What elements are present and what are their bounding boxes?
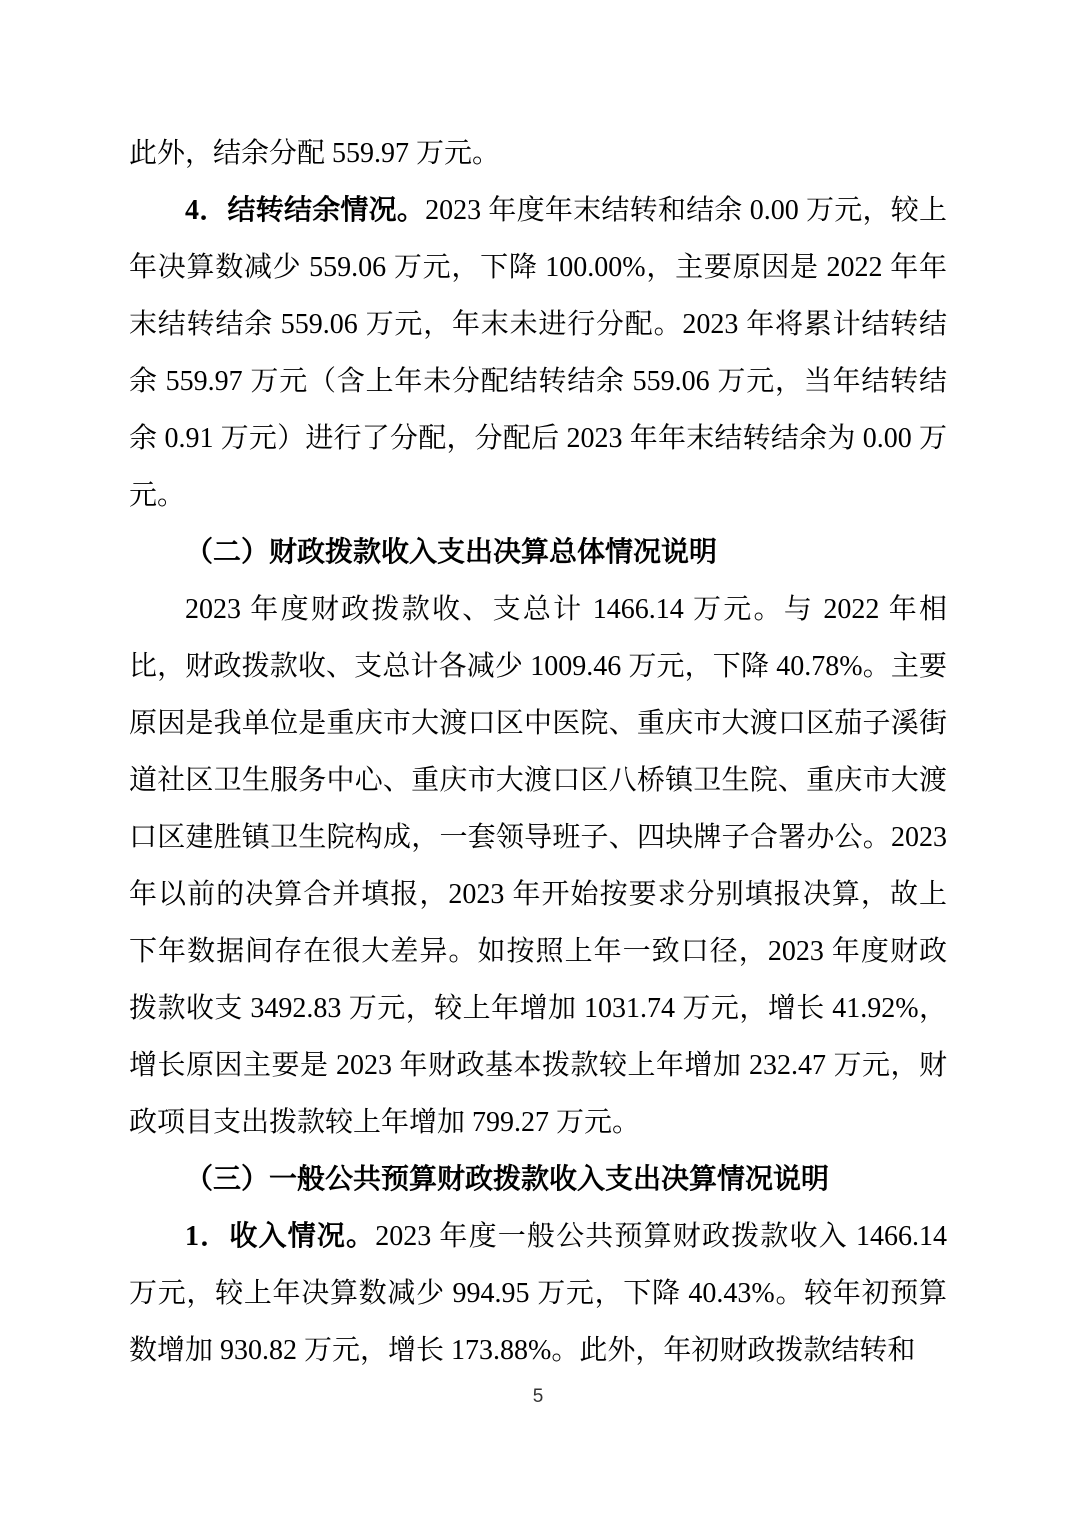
- paragraph-previous-page-continuation: 此外，结余分配 559.97 万元。: [129, 125, 947, 182]
- paragraph-lead: 1．收入情况。: [185, 1221, 375, 1252]
- page-number: 5: [129, 1387, 947, 1406]
- paragraph-lead: 4．结转结余情况。: [185, 195, 425, 226]
- paragraph-text: 此外，结余分配 559.97 万元。: [129, 138, 500, 169]
- section-heading-iii-general-public-budget: （三）一般公共预算财政拨款收入支出决算情况说明: [129, 1151, 947, 1208]
- paragraph-text: 2023 年度财政拨款收、支总计 1466.14 万元。与 2022 年相比，财…: [129, 594, 947, 1138]
- paragraph-item-4-carryover-balance: 4．结转结余情况。2023 年度年末结转和结余 0.00 万元，较上年决算数减少…: [129, 182, 947, 524]
- document-page: 此外，结余分配 559.97 万元。 4．结转结余情况。2023 年度年末结转和…: [0, 0, 1074, 1520]
- paragraph-fiscal-appropriation-overview: 2023 年度财政拨款收、支总计 1466.14 万元。与 2022 年相比，财…: [129, 581, 947, 1151]
- paragraph-text: 2023 年度年末结转和结余 0.00 万元，较上年决算数减少 559.06 万…: [129, 195, 947, 511]
- section-heading-ii-fiscal-appropriation-overview: （二）财政拨款收入支出决算总体情况说明: [129, 524, 947, 581]
- paragraph-item-1-income-situation: 1．收入情况。2023 年度一般公共预算财政拨款收入 1466.14 万元，较上…: [129, 1208, 947, 1379]
